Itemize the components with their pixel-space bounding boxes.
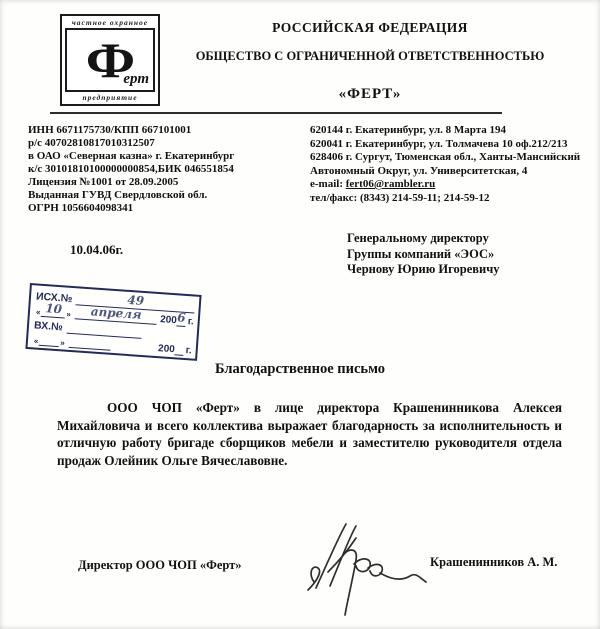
stamp-year-digit: 6 — [177, 310, 186, 325]
requisite-line: ИНН 6671175730/КПП 667101001 — [28, 124, 303, 137]
quote-open-icon: « — [34, 337, 39, 345]
address-line: 620041 г. Екатеринбург, ул. Толмачева 10… — [310, 138, 588, 152]
quote-close-icon: » — [60, 339, 65, 347]
header-country: РОССИЙСКАЯ ФЕДЕРАЦИЯ — [160, 20, 580, 36]
letter-date: 10.04.06г. — [70, 242, 123, 258]
signature-title: Директор ООО ЧОП «Ферт» — [78, 558, 242, 573]
stamp-month-line-2 — [68, 334, 111, 351]
phone-line: тел/факс: (8343) 214-59-11; 214-59-12 — [310, 192, 588, 206]
letterhead: РОССИЙСКАЯ ФЕДЕРАЦИЯ ОБЩЕСТВО С ОГРАНИЧЕ… — [160, 0, 580, 103]
logo-top-text: частное охранное — [72, 18, 148, 27]
stamp-outgoing-number: 49 — [127, 292, 145, 307]
address-line: Автономный Округ, ул. Университетская, 4 — [310, 165, 588, 179]
logo-bottom-text: предприятие — [82, 93, 137, 102]
stamp-year-digit-line: 6 — [176, 312, 186, 327]
registration-stamp: ИСХ.№ 49 « 10 » апреля 200 6 г. ВХ.№ « »… — [25, 283, 201, 361]
company-logo: частное охранное Ф ерт предприятие — [60, 14, 160, 106]
stamp-year2-prefix: 200 — [158, 343, 175, 355]
recipient-line: Группы компаний «ЭОС» — [347, 247, 500, 263]
requisite-line: в ОАО «Северная казна» г. Екатеринбург — [28, 150, 303, 163]
header-org-type: ОБЩЕСТВО С ОГРАНИЧЕННОЙ ОТВЕТСТВЕННОСТЬЮ — [160, 49, 580, 64]
recipient-line: Генеральному директору — [347, 231, 500, 247]
email-link[interactable]: fert06@rambler.ru — [346, 178, 436, 190]
header-company-name: «ФЕРТ» — [160, 86, 580, 103]
requisite-line: ОГРН 1056604098341 — [28, 202, 303, 215]
signature-name: Крашенинников А. М. — [430, 555, 557, 570]
stamp-year-suffix: г. — [187, 316, 194, 327]
letter-title: Благодарственное письмо — [0, 361, 600, 378]
requisite-line: к/с 30101810100000000854,БИК 046551854 — [28, 163, 303, 176]
requisite-line: Лицензия №1001 от 28.09.2005 — [28, 176, 303, 189]
email-line: e-mail: fert06@rambler.ru — [310, 178, 588, 192]
header-divider — [50, 112, 502, 114]
stamp-year2-suffix: г. — [185, 345, 192, 356]
logo-emblem: Ф ерт — [65, 28, 155, 92]
requisites-right: 620144 г. Екатеринбург, ул. 8 Марта 194 … — [310, 124, 588, 205]
requisite-line: р/с 40702810817010312507 — [28, 137, 303, 150]
stamp-month: апреля — [90, 304, 142, 322]
stamp-year2-digit-line — [174, 341, 184, 356]
address-line: 620144 г. Екатеринбург, ул. 8 Марта 194 — [310, 124, 588, 138]
email-label: e-mail: — [310, 178, 346, 190]
logo-script: ерт — [123, 71, 149, 88]
requisites-left: ИНН 6671175730/КПП 667101001 р/с 4070281… — [28, 124, 303, 215]
recipient-block: Генеральному директору Группы компаний «… — [347, 231, 500, 278]
recipient-line: Чернову Юрию Игоревичу — [347, 262, 500, 278]
stamp-day-line-2 — [39, 332, 60, 347]
requisite-line: Выданная ГУВД Свердловской обл. — [28, 189, 303, 202]
address-line: 628406 г. Сургут, Тюменская обл., Ханты-… — [310, 151, 588, 165]
letter-body: ООО ЧОП «Ферт» в лице директора Крашенин… — [57, 399, 562, 469]
letter-page: частное охранное Ф ерт предприятие РОССИ… — [0, 0, 600, 629]
stamp-day: 10 — [45, 301, 63, 316]
director-signature-icon — [300, 518, 430, 618]
